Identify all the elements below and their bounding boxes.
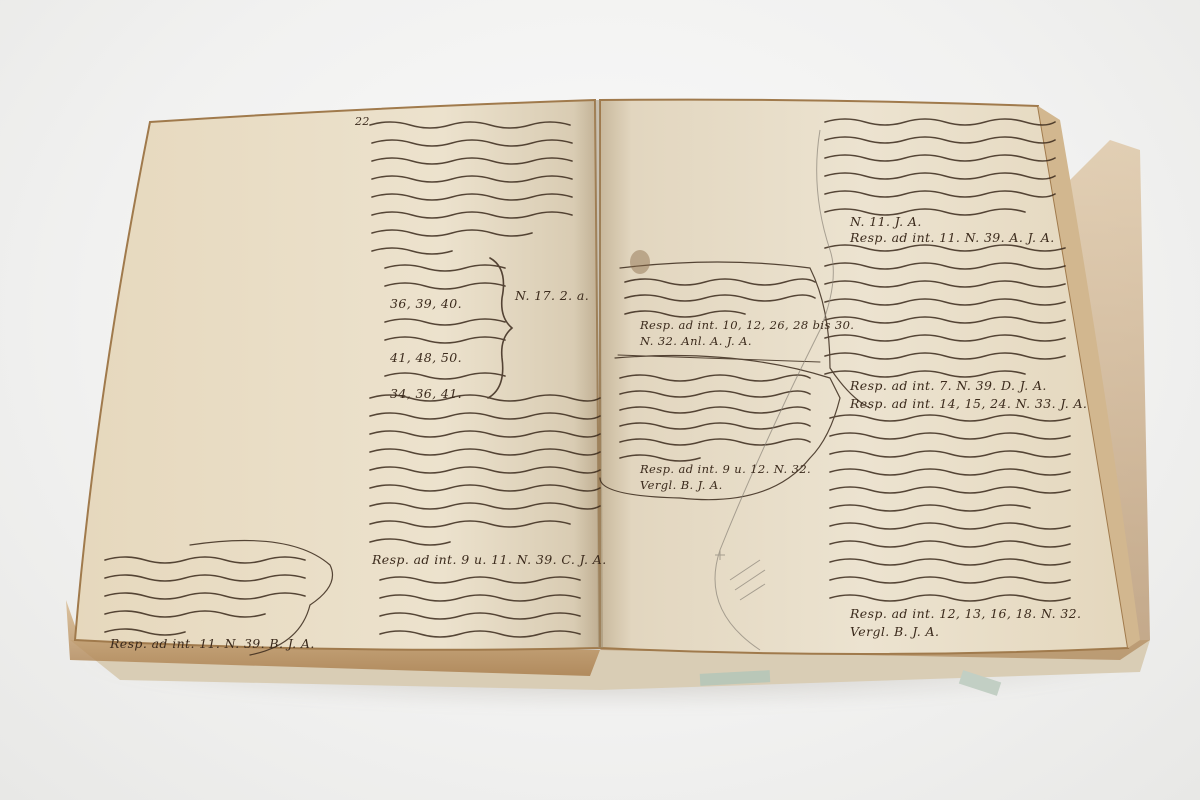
reference-note: N. 11. J. A. [850, 214, 922, 229]
center-note: Resp. ad int. 10, 12, 26, 28 bis 30. [640, 318, 854, 332]
photo-scene: 22 N. 17. 2. a. 36, 39, 40. 41, 48, 50. … [0, 0, 1200, 800]
reference-note: Resp. ad int. 7. N. 39. D. J. A. [850, 378, 1047, 393]
reference-note: Vergl. B. J. A. [850, 624, 939, 639]
reference-note: Resp. ad int. 11. N. 39. A. J. A. [850, 230, 1055, 245]
reference-note: Resp. ad int. 14, 15, 24. N. 33. J. A. [850, 396, 1087, 411]
reference-note: Resp. ad int. 11. N. 39. B. J. A. [110, 636, 315, 651]
numbers-line: 36, 39, 40. [390, 296, 462, 311]
reference-note: Resp. ad int. 9 u. 11. N. 39. C. J. A. [372, 552, 607, 567]
numbers-line: 34, 36, 41. [390, 386, 462, 401]
bracket-reference: N. 17. 2. a. [515, 288, 589, 303]
center-note: N. 32. Anl. A. J. A. [640, 334, 752, 348]
center-note: Vergl. B. J. A. [640, 478, 723, 492]
left-page-number: 22 [355, 115, 370, 128]
reference-note: Resp. ad int. 12, 13, 16, 18. N. 32. [850, 606, 1081, 621]
center-note: Resp. ad int. 9 u. 12. N. 32. [640, 462, 811, 476]
numbers-line: 41, 48, 50. [390, 350, 462, 365]
